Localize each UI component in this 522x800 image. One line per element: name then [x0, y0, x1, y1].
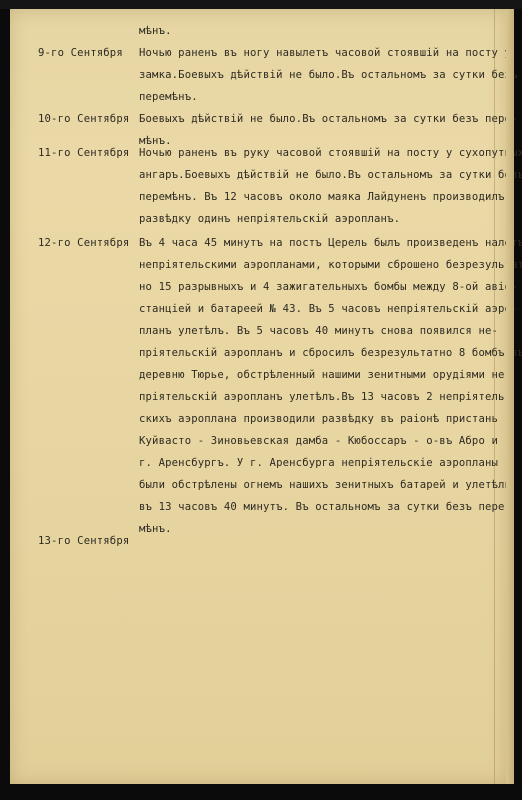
document-text: мѣнъ. 9-го Сентября Ночью раненъ въ ногу…	[10, 9, 506, 784]
text-line: мѣнъ.	[139, 522, 172, 536]
text-line: мѣнъ.	[139, 24, 172, 38]
text-line: г. Аренсбургъ. У г. Аренсбурга непріятел…	[139, 456, 498, 470]
page-fold-line	[494, 9, 495, 784]
text-line: въ 13 часовъ 40 минутъ. Въ остальномъ за…	[139, 500, 511, 514]
entry-date: 10-го Сентября	[38, 112, 129, 126]
text-line: перемѣнъ.	[139, 90, 198, 104]
text-line: развѣдку одинъ непріятельскій аэропланъ.	[139, 212, 400, 226]
text-line: непріятельскими аэропланами, которыми сб…	[139, 258, 522, 272]
entry-date: 13-го Сентября	[38, 534, 129, 548]
text-line: Ночью раненъ въ руку часовой стоявшій на…	[139, 146, 522, 160]
text-line: станціей и батареей № 43. Въ 5 часовъ не…	[139, 302, 518, 316]
text-line: ангаръ.Боевыхъ дѣйствій не было.Въ остал…	[139, 168, 522, 182]
text-line: Боевыхъ дѣйствій не было.Въ остальномъ з…	[139, 112, 518, 126]
entry-date: 12-го Сентября	[38, 236, 129, 250]
text-line: но 15 разрывныхъ и 4 зажигательныхъ бомб…	[139, 280, 518, 294]
text-line: перемѣнъ. Въ 12 часовъ около маяка Лайду…	[139, 190, 505, 204]
text-line: Въ 4 часа 45 минутъ на постъ Церель былъ…	[139, 236, 522, 250]
entry-date: 9-го Сентября	[38, 46, 123, 60]
document-page: мѣнъ. 9-го Сентября Ночью раненъ въ ногу…	[10, 9, 506, 784]
text-line: скихъ аэроплана производили развѣдку въ …	[139, 412, 498, 426]
text-line: Ночью раненъ въ ногу навылетъ часовой ст…	[139, 46, 511, 60]
text-line: планъ улетѣлъ. Въ 5 часовъ 40 минутъ сно…	[139, 324, 498, 338]
text-line: Куйвасто - Зиновьевская дамба - Кюбоссар…	[139, 434, 498, 448]
page-edge	[506, 9, 514, 784]
entry-date: 11-го Сентября	[38, 146, 129, 160]
text-line: пріятельскій аэропланъ и сбросилъ безрез…	[139, 346, 522, 360]
text-line: пріятельскій аэропланъ улетѣлъ.Въ 13 час…	[139, 390, 511, 404]
text-line: деревню Тюрье, обстрѣленный нашими зенит…	[139, 368, 511, 382]
scan-frame-top	[0, 0, 522, 9]
text-line: замка.Боевыхъ дѣйствій не было.Въ осталь…	[139, 68, 518, 82]
text-line: были обстрѣлены огнемъ нашихъ зенитныхъ …	[139, 478, 511, 492]
